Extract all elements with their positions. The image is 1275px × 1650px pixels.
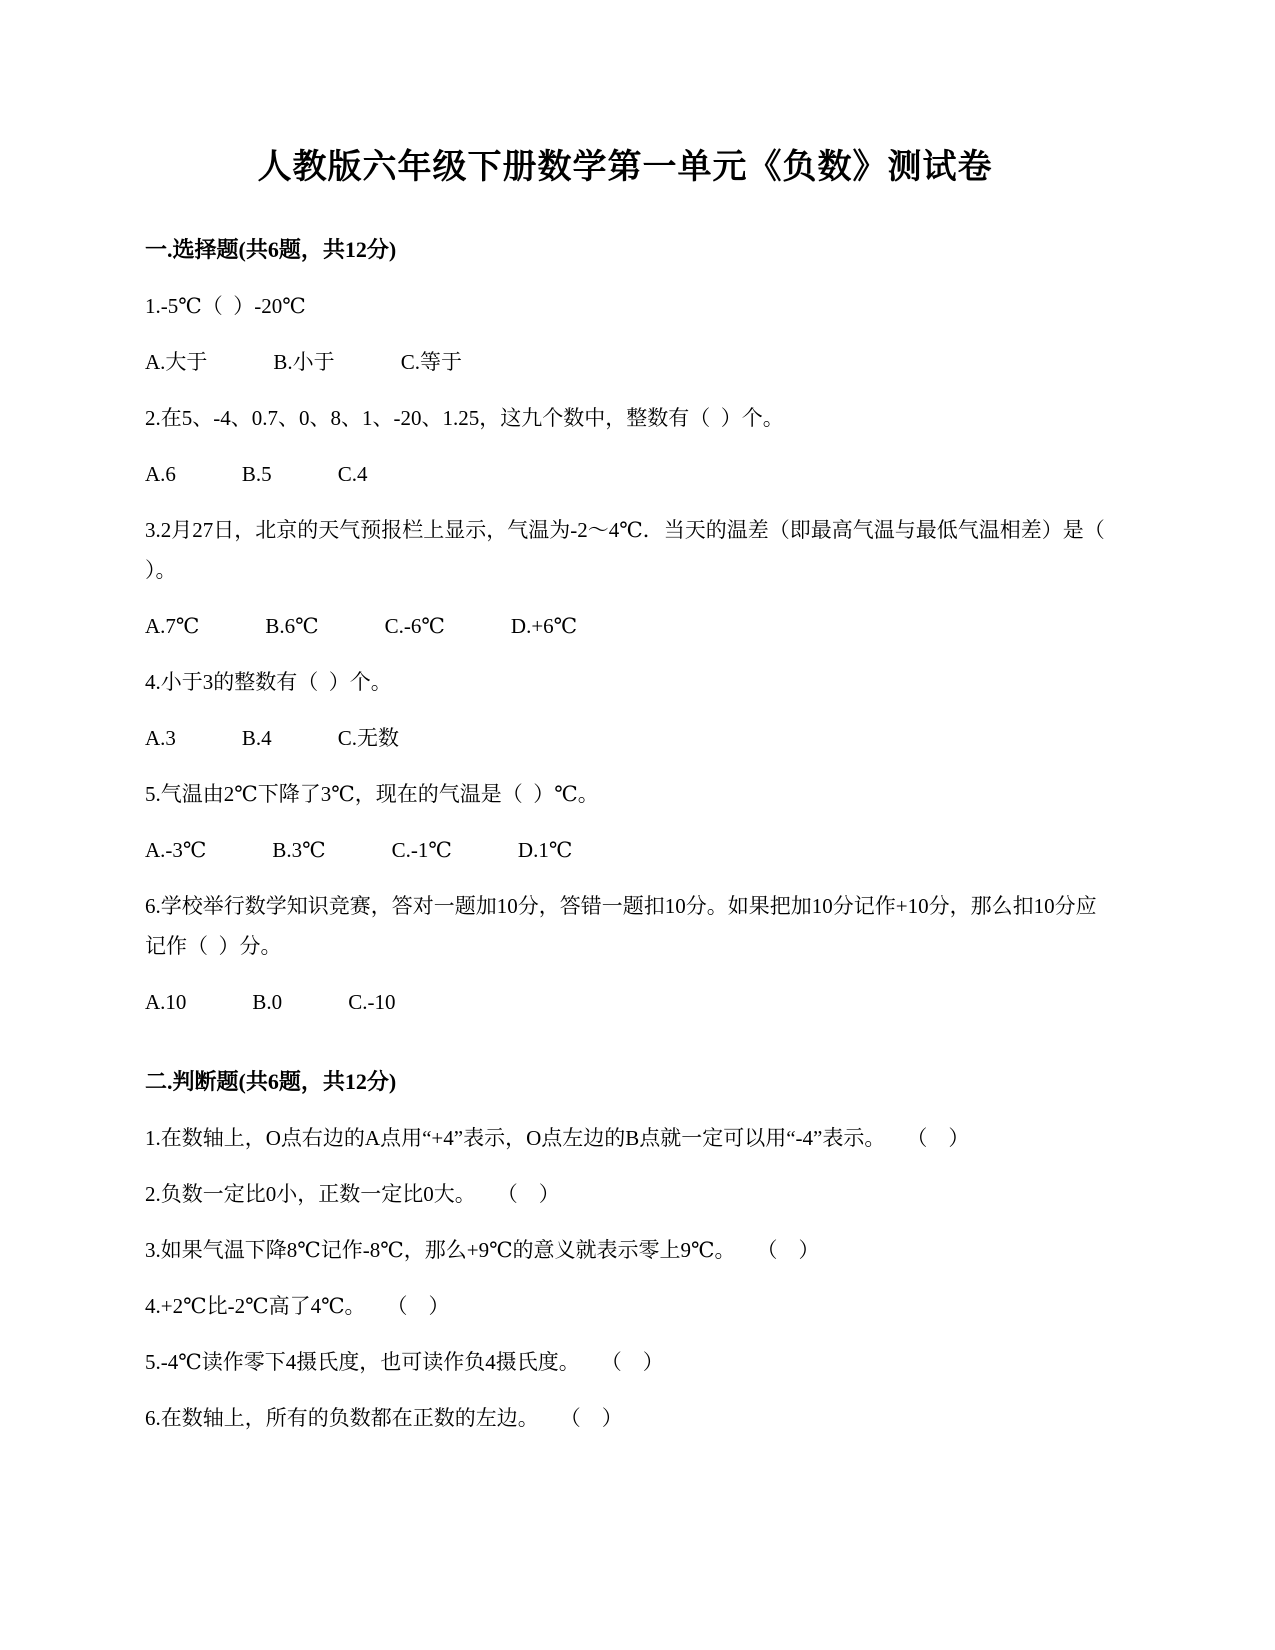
question-stem: 2.在5、-4、0.7、0、8、1、-20、1.25，这九个数中，整数有（ ）个… [145, 398, 1105, 438]
option: D.+6℃ [511, 606, 577, 646]
options-row: A.6B.5C.4 [145, 454, 1105, 494]
question-stem: 6.学校举行数学知识竞赛，答对一题加10分，答错一题扣10分。如果把加10分记作… [145, 886, 1105, 966]
question-stem: 3.如果气温下降8℃记作-8℃，那么+9℃的意义就表示零上9℃。 （ ） [145, 1230, 1105, 1270]
question-stem: 4.小于3的整数有（ ）个。 [145, 662, 1105, 702]
options-row: A.大于B.小于C.等于 [145, 342, 1105, 382]
option: A.大于 [145, 342, 207, 382]
options-row: A.3B.4C.无数 [145, 718, 1105, 758]
option: C.等于 [401, 342, 462, 382]
question-stem: 1.在数轴上，O点右边的A点用“+4”表示，O点左边的B点就一定可以用“-4”表… [145, 1118, 1105, 1158]
options-row: A.10B.0C.-10 [145, 982, 1105, 1022]
question-stem: 6.在数轴上，所有的负数都在正数的左边。 （ ） [145, 1398, 1105, 1438]
option: A.10 [145, 982, 186, 1022]
question-stem: 5.-4℃读作零下4摄氏度，也可读作负4摄氏度。 （ ） [145, 1342, 1105, 1382]
question-stem: 3.2月27日，北京的天气预报栏上显示，气温为-2～4℃．当天的温差（即最高气温… [145, 510, 1105, 590]
test-paper-page: 人教版六年级下册数学第一单元《负数》测试卷 一.选择题(共6题，共12分)1.-… [0, 0, 1275, 1650]
option: A.6 [145, 454, 176, 494]
test-body: 一.选择题(共6题，共12分)1.-5℃（ ）-20℃A.大于B.小于C.等于2… [145, 230, 1105, 1438]
question-stem: 1.-5℃（ ）-20℃ [145, 286, 1105, 326]
option: B.0 [252, 982, 282, 1022]
option: C.4 [338, 454, 368, 494]
section-heading: 一.选择题(共6题，共12分) [145, 230, 1105, 270]
options-row: A.-3℃B.3℃C.-1℃D.1℃ [145, 830, 1105, 870]
option: C.-10 [348, 982, 395, 1022]
option: A.3 [145, 718, 176, 758]
question-stem: 2.负数一定比0小，正数一定比0大。 （ ） [145, 1174, 1105, 1214]
option: B.4 [242, 718, 272, 758]
options-row: A.7℃B.6℃C.-6℃D.+6℃ [145, 606, 1105, 646]
option: D.1℃ [518, 830, 572, 870]
option: B.5 [242, 454, 272, 494]
option: C.-6℃ [385, 606, 445, 646]
option: B.3℃ [272, 830, 325, 870]
option: B.6℃ [265, 606, 318, 646]
option: C.无数 [338, 718, 399, 758]
section-heading: 二.判断题(共6题，共12分) [145, 1062, 1105, 1102]
option: B.小于 [273, 342, 334, 382]
question-stem: 5.气温由2℃下降了3℃，现在的气温是（ ）℃。 [145, 774, 1105, 814]
question-stem: 4.+2℃比-2℃高了4℃。 （ ） [145, 1286, 1105, 1326]
option: C.-1℃ [392, 830, 452, 870]
page-title: 人教版六年级下册数学第一单元《负数》测试卷 [145, 146, 1105, 190]
option: A.7℃ [145, 606, 199, 646]
option: A.-3℃ [145, 830, 206, 870]
